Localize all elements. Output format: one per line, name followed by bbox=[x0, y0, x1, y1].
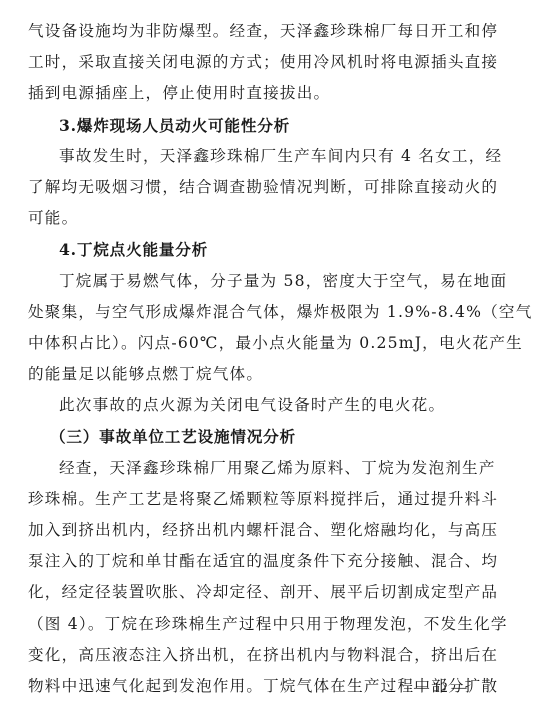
paragraph-line: 物料中迅速气化起到发泡作用。丁烷气体在生产过程中部分扩散 bbox=[28, 671, 473, 702]
paragraph-line: 中体积占比）。闪点-60℃，最小点火能量为 0.25mJ，电火花产生 bbox=[28, 328, 473, 359]
section-heading-three: （三）事故单位工艺设施情况分析 bbox=[28, 421, 473, 452]
paragraph-line: 变化，高压液态注入挤出机，在挤出机内与物料混合，挤出后在 bbox=[28, 640, 473, 671]
paragraph-line: 事故发生时，天泽鑫珍珠棉厂生产车间内只有 4 名女工，经 bbox=[28, 141, 473, 172]
paragraph-line: 工时，采取直接关闭电源的方式；使用冷风机时将电源插头直接 bbox=[28, 47, 473, 78]
page-number: — 12 — bbox=[414, 680, 467, 697]
paragraph-line: 了解均无吸烟习惯，结合调查勘验情况判断，可排除直接动火的 bbox=[28, 172, 473, 203]
section-heading-3: 3.爆炸现场人员动火可能性分析 bbox=[28, 110, 473, 141]
section-heading-4: 4.丁烷点火能量分析 bbox=[28, 234, 473, 265]
paragraph-line: 可能。 bbox=[28, 203, 473, 234]
paragraph-line: 珍珠棉。生产工艺是将聚乙烯颗粒等原料搅拌后，通过提升料斗 bbox=[28, 484, 473, 515]
document-page: 气设备设施均为非防爆型。经查，天泽鑫珍珠棉厂每日开工和停 工时，采取直接关闭电源… bbox=[28, 16, 473, 702]
paragraph-line: 插到电源插座上，停止使用时直接拔出。 bbox=[28, 78, 473, 109]
paragraph-line: 化，经定径装置吹胀、冷却定径、剖开、展平后切割成定型产品 bbox=[28, 577, 473, 608]
paragraph-line: （图 4）。丁烷在珍珠棉生产过程中只用于物理发泡，不发生化学 bbox=[28, 609, 473, 640]
paragraph-line: 丁烷属于易燃气体，分子量为 58，密度大于空气，易在地面 bbox=[28, 266, 473, 297]
paragraph-line: 经查，天泽鑫珍珠棉厂用聚乙烯为原料、丁烷为发泡剂生产 bbox=[28, 453, 473, 484]
paragraph-line: 处聚集，与空气形成爆炸混合气体，爆炸极限为 1.9%-8.4%（空气 bbox=[28, 297, 473, 328]
paragraph-line: 的能量足以能够点燃丁烷气体。 bbox=[28, 359, 473, 390]
paragraph-line: 气设备设施均为非防爆型。经查，天泽鑫珍珠棉厂每日开工和停 bbox=[28, 16, 473, 47]
paragraph-line: 此次事故的点火源为关闭电气设备时产生的电火花。 bbox=[28, 390, 473, 421]
paragraph-line: 泵注入的丁烷和单甘酯在适宜的温度条件下充分接触、混合、均 bbox=[28, 546, 473, 577]
paragraph-line: 加入到挤出机内，经挤出机内螺杆混合、塑化熔融均化，与高压 bbox=[28, 515, 473, 546]
